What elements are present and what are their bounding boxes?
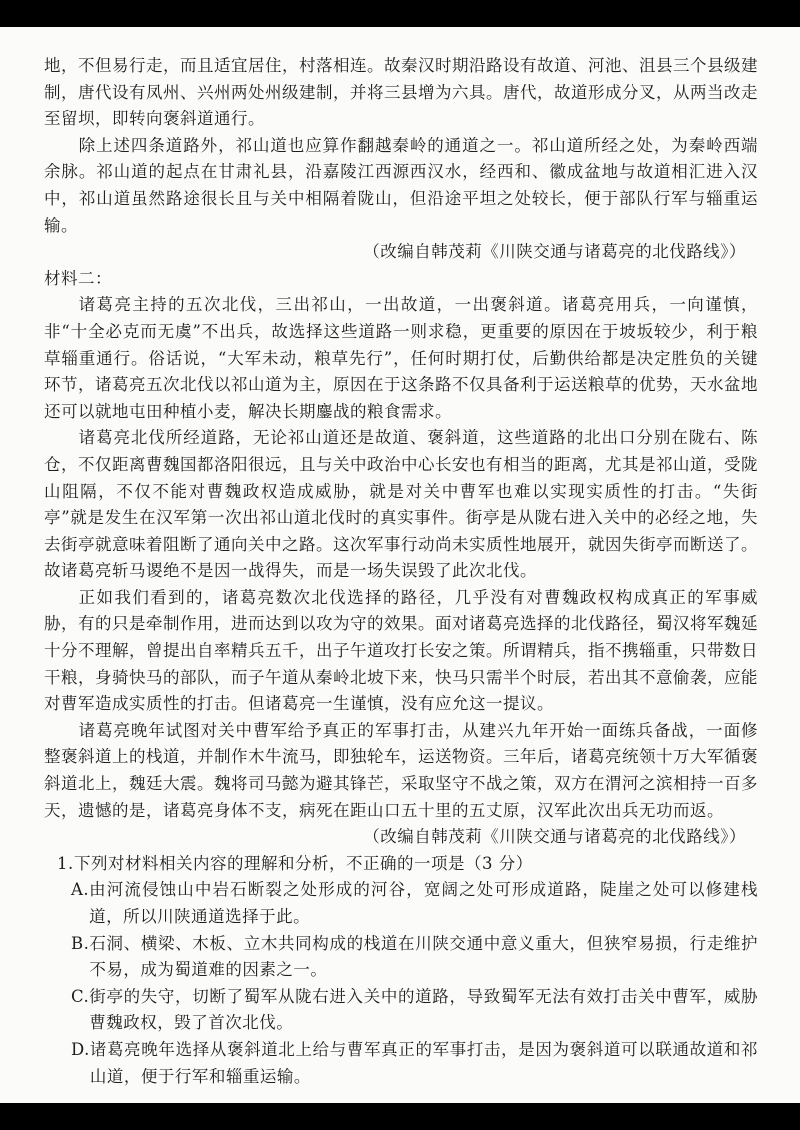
question-1-option-c: C. 街亭的失守，切断了蜀军从陇右进入关中的道路，导致蜀军无法有效打击关中曹军，…	[44, 984, 758, 1037]
option-c-label: C.	[71, 984, 89, 1037]
material-two-attribution: （改编自韩茂莉《川陕交通与诸葛亮的北伐路线》）	[44, 824, 758, 851]
scanned-exam-screenshot: 地，不但易行走，而且适宜居住，村落相连。故秦汉时期沿路设有故道、河池、沮县三个县…	[0, 0, 800, 1130]
material-one-continuation-paragraph: 地，不但易行走，而且适宜居住，村落相连。故秦汉时期沿路设有故道、河池、沮县三个县…	[44, 53, 758, 133]
material-two-paragraph-1: 诸葛亮主持的五次北伐，三出祁山，一出故道，一出褒斜道。诸葛亮用兵，一向谨慎，非“…	[44, 292, 758, 425]
option-d-label: D.	[71, 1037, 90, 1090]
material-two-paragraph-4: 诸葛亮晚年试图对关中曹军给予真正的军事打击，从建兴九年开始一面练兵备战，一面修整…	[44, 718, 758, 824]
question-1-option-b: B. 石洞、横梁、木板、立木共同构成的栈道在川陕交通中意义重大，但狭窄易损，行走…	[44, 931, 758, 984]
option-b-label: B.	[71, 931, 89, 984]
question-1-option-a: A. 由河流侵蚀山中岩石断裂之处形成的河谷，宽阔之处可形成道路，陡崖之处可以修建…	[44, 877, 758, 930]
option-b-text: 石洞、横梁、木板、立木共同构成的栈道在川陕交通中意义重大，但狭窄易损，行走维护不…	[89, 931, 758, 984]
material-one-paragraph-qishan: 除上述四条道路外，祁山道也应算作翻越秦岭的通道之一。祁山道所经之处，为秦岭西端余…	[44, 133, 758, 239]
question-1-number: 1.	[57, 851, 74, 878]
option-c-text: 街亭的失守，切断了蜀军从陇右进入关中的道路，导致蜀军无法有效打击关中曹军，威胁曹…	[89, 984, 758, 1037]
material-two-paragraph-3: 正如我们看到的，诸葛亮数次北伐选择的路径，几乎没有对曹魏政权构成真正的军事威胁，…	[44, 585, 758, 718]
material-two-heading: 材料二：	[44, 266, 758, 293]
question-1-option-d: D. 诸葛亮晚年选择从褒斜道北上给与曹军真正的军事打击，是因为褒斜道可以联通故道…	[44, 1037, 758, 1090]
option-a-text: 由河流侵蚀山中岩石断裂之处形成的河谷，宽阔之处可形成道路，陡崖之处可以修建栈道，…	[89, 877, 758, 930]
question-1-stem: 下列对材料相关内容的理解和分析，不正确的一项是（3 分）	[74, 851, 758, 878]
question-1: 1. 下列对材料相关内容的理解和分析，不正确的一项是（3 分）	[44, 851, 758, 878]
material-two-paragraph-2: 诸葛亮北伐所经道路，无论祁山道还是故道、褒斜道，这些道路的北出口分别在陇右、陈仓…	[44, 425, 758, 585]
option-a-label: A.	[71, 877, 89, 930]
page-content: 地，不但易行走，而且适宜居住，村落相连。故秦汉时期沿路设有故道、河池、沮县三个县…	[0, 27, 800, 1090]
material-one-attribution: （改编自韩茂莉《川陕交通与诸葛亮的北伐路线》）	[44, 239, 758, 266]
exam-page: 地，不但易行走，而且适宜居住，村落相连。故秦汉时期沿路设有故道、河池、沮县三个县…	[0, 27, 800, 1103]
option-d-text: 诸葛亮晚年选择从褒斜道北上给与曹军真正的军事打击，是因为褒斜道可以联通故道和祁山…	[90, 1037, 758, 1090]
